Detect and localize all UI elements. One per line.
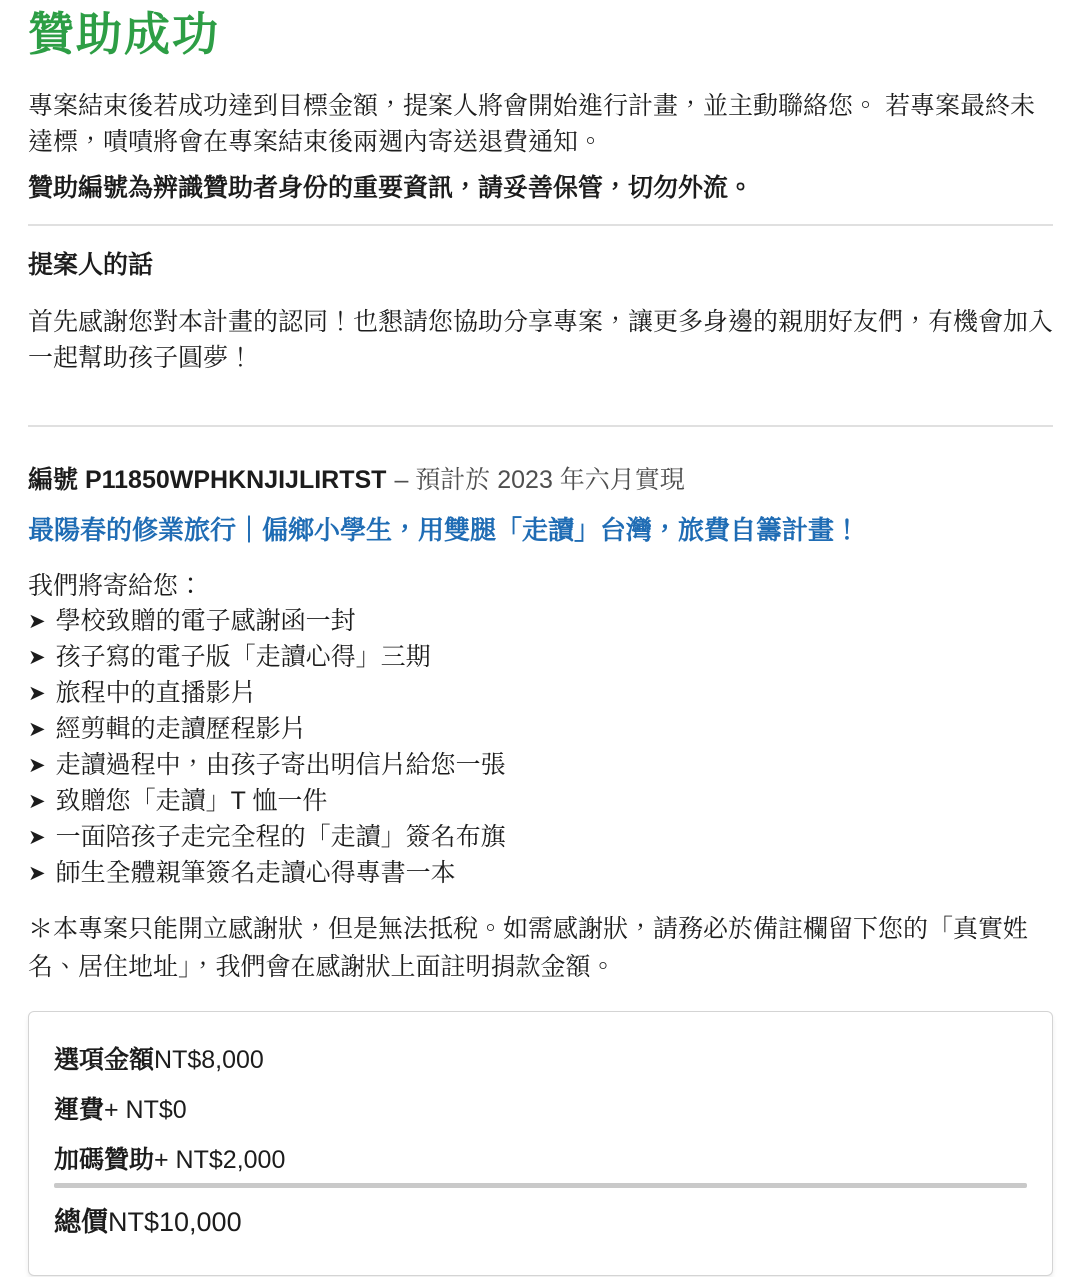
reward-item: ➤一面陪孩子走完全程的「走讀」簽名布旗 [28, 820, 1053, 856]
arrow-bullet-icon: ➤ [28, 748, 46, 783]
arrow-bullet-icon: ➤ [28, 820, 46, 855]
reward-item: ➤學校致贈的電子感謝函一封 [28, 604, 1053, 640]
arrow-bullet-icon: ➤ [28, 640, 46, 675]
reward-item: ➤走讀過程中，由孩子寄出明信片給您一張 [28, 748, 1053, 784]
summary-row-option-amount: 選項金額NT$8,000 [54, 1042, 1027, 1078]
sponsorship-success-page: 贊助成功 專案結束後若成功達到目標金額，提案人將會開始進行計畫，並主動聯絡您。 … [0, 0, 1080, 1276]
proposer-message-heading: 提案人的話 [28, 247, 1053, 283]
reward-item-text: 學校致贈的電子感謝函一封 [56, 607, 356, 635]
summary-total-row: 總價NT$10,000 [54, 1202, 1027, 1242]
arrow-bullet-icon: ➤ [28, 856, 46, 891]
tax-note-text: ＊本專案只能開立感謝狀，但是無法抵稅。如需感謝狀，請務必於備註欄留下您的「真實姓… [28, 910, 1053, 986]
summary-row-value: NT$8,000 [154, 1046, 264, 1074]
pledge-id: 編號 P11850WPHKNJIJLIRTST [28, 466, 386, 494]
section-divider [28, 224, 1053, 226]
section-divider [28, 425, 1053, 427]
reward-list: ➤學校致贈的電子感謝函一封 ➤孩子寫的電子版「走讀心得」三期 ➤旅程中的直播影片… [28, 604, 1053, 892]
reward-item: ➤經剪輯的走讀歷程影片 [28, 712, 1053, 748]
project-title-link[interactable]: 最陽春的修業旅行｜偏鄉小學生，用雙腿「走讀」台灣，旅費自籌計畫！ [28, 512, 860, 548]
summary-row-extra-support: 加碼贊助+ NT$2,000 [54, 1142, 1027, 1178]
pledge-id-warning-text: 贊助編號為辨識贊助者身份的重要資訊，請妥善保管，切勿外流。 [28, 170, 1053, 206]
arrow-bullet-icon: ➤ [28, 784, 46, 819]
reward-item: ➤孩子寫的電子版「走讀心得」三期 [28, 640, 1053, 676]
rewards-intro-text: 我們將寄給您： [28, 569, 1053, 604]
reward-item: ➤致贈您「走讀」T 恤一件 [28, 784, 1053, 820]
refund-policy-text: 專案結束後若成功達到目標金額，提案人將會開始進行計畫，並主動聯絡您。 若專案最終… [28, 88, 1053, 160]
page-title: 贊助成功 [28, 10, 1053, 58]
summary-row-label: 選項金額 [54, 1046, 154, 1074]
proposer-message-body: 首先感謝您對本計畫的認同！也懇請您協助分享專案，讓更多身邊的親朋好友們，有機會加… [28, 304, 1053, 376]
reward-item: ➤旅程中的直播影片 [28, 676, 1053, 712]
arrow-bullet-icon: ➤ [28, 604, 46, 639]
summary-row-value: + NT$0 [104, 1096, 187, 1124]
total-value: NT$10,000 [108, 1207, 242, 1237]
reward-item-text: 旅程中的直播影片 [56, 679, 256, 707]
pledge-id-line: 編號 P11850WPHKNJIJLIRTST– 預計於 2023 年六月實現 [28, 462, 1053, 498]
total-label: 總價 [54, 1207, 108, 1237]
arrow-bullet-icon: ➤ [28, 712, 46, 747]
reward-item-text: 孩子寫的電子版「走讀心得」三期 [56, 643, 431, 671]
reward-item-text: 師生全體親筆簽名走讀心得專書一本 [56, 859, 456, 887]
summary-row-label: 加碼贊助 [54, 1146, 154, 1174]
rewards-section: 我們將寄給您： ➤學校致贈的電子感謝函一封 ➤孩子寫的電子版「走讀心得」三期 ➤… [28, 569, 1053, 892]
arrow-bullet-icon: ➤ [28, 676, 46, 711]
reward-item-text: 一面陪孩子走完全程的「走讀」簽名布旗 [56, 823, 506, 851]
summary-row-value: + NT$2,000 [154, 1146, 285, 1174]
summary-row-shipping: 運費+ NT$0 [54, 1092, 1027, 1128]
reward-item-text: 經剪輯的走讀歷程影片 [56, 715, 306, 743]
reward-item-text: 致贈您「走讀」T 恤一件 [56, 787, 328, 815]
reward-item-text: 走讀過程中，由孩子寄出明信片給您一張 [56, 751, 506, 779]
summary-divider [54, 1183, 1027, 1188]
reward-item: ➤師生全體親筆簽名走讀心得專書一本 [28, 856, 1053, 892]
fulfillment-estimate: – 預計於 2023 年六月實現 [394, 466, 684, 494]
summary-row-label: 運費 [54, 1096, 104, 1124]
order-summary-box: 選項金額NT$8,000 運費+ NT$0 加碼贊助+ NT$2,000 總價N… [28, 1011, 1053, 1276]
